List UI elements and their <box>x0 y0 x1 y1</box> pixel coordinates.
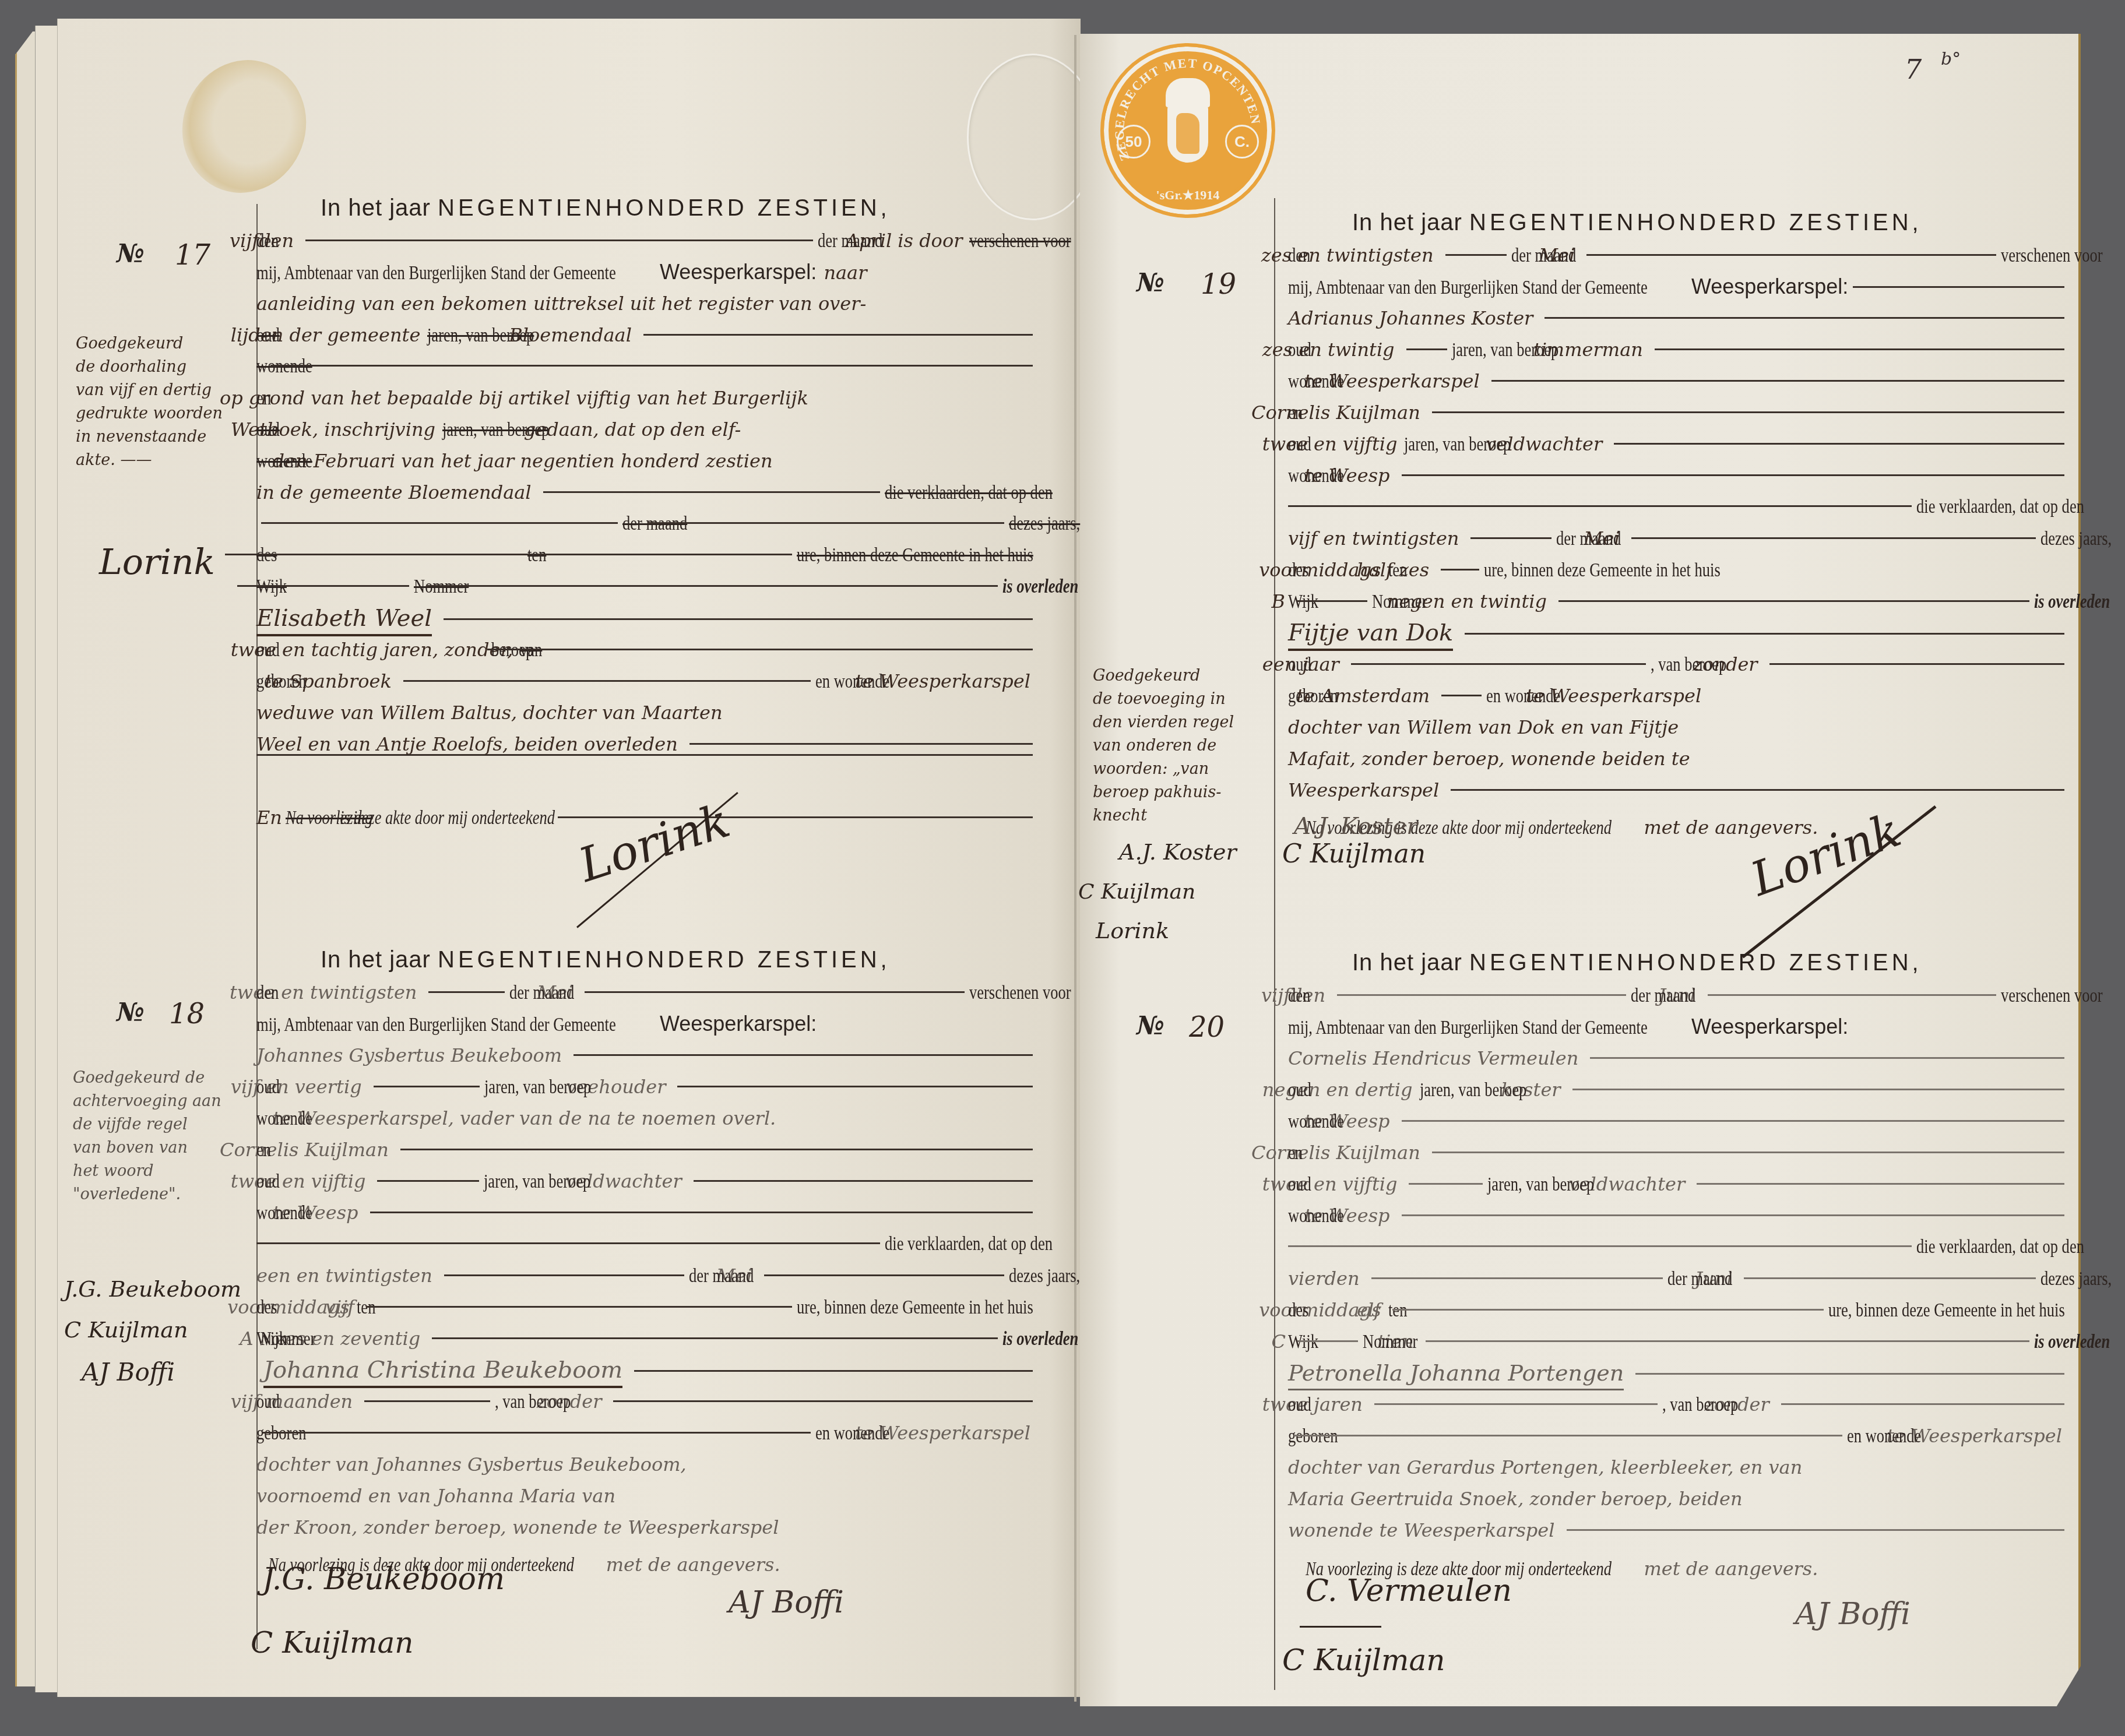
blank-line <box>256 1242 880 1244</box>
printed-form-text: geboren <box>256 1418 306 1449</box>
form-line: denvijfdender maandJuniverschenen voor <box>1288 980 2069 1011</box>
form-line: dochter van Johannes Gysbertus Beukeboom… <box>256 1449 1037 1480</box>
form-line: WijkBNommernegen en twintigis overleden <box>1288 586 2069 617</box>
handwritten-entry: Johannes Gysbertus Beukeboom <box>256 1040 562 1071</box>
printed-form-text: der maand <box>622 508 687 540</box>
handwritten-entry: gedaan, dat op den elf- <box>524 414 741 445</box>
folio-mark: 7 <box>1905 54 1922 85</box>
printed-form-text: oud <box>256 1072 280 1103</box>
printed-form-text: verschenen voor <box>969 977 1071 1009</box>
act-heading: In het jaar NEGENTIENHONDERD ZESTIEN, <box>256 944 1037 976</box>
blank-line <box>432 1337 998 1339</box>
form-line: desvoormiddagstenhalf zesure, binnen dez… <box>1288 554 2069 586</box>
blank-line <box>613 1400 1033 1402</box>
printed-form-text: wonende <box>1288 460 1344 492</box>
handwritten-entry: Cornelis Kuijlman <box>220 1134 389 1165</box>
form-line: wonende <box>256 351 1037 382</box>
printed-form-text: jaren, van beroep <box>1404 429 1511 460</box>
handwritten-entry: Cornelis Kuijlman <box>1251 397 1420 428</box>
form-line: dochter van Gerardus Portengen, kleerble… <box>1288 1452 2069 1483</box>
blank-line <box>643 334 1033 336</box>
handwritten-entry: twee jaren <box>1262 1389 1363 1420</box>
handwritten-entry: Cornelis Kuijlman <box>1251 1137 1420 1168</box>
act-number-label: № <box>1137 1011 1164 1041</box>
handwritten-entry: voornoemd en van Johanna Maria van <box>256 1480 615 1512</box>
printed-form-text: wonende <box>1288 366 1344 397</box>
margin-signature: C Kuijlman <box>1078 880 1195 904</box>
blank-line <box>1781 1403 2064 1405</box>
blank-line <box>764 1274 1004 1276</box>
stamp-value: 50 <box>1117 125 1151 159</box>
blank-line <box>1744 1277 2035 1279</box>
act-heading: In het jaar NEGENTIENHONDERD ZESTIEN, <box>1288 207 2069 238</box>
death-act-17: In het jaar NEGENTIENHONDERD ZESTIEN, de… <box>256 192 1037 833</box>
printed-form-text: beroep <box>491 635 533 666</box>
printed-form-text: jaren, van beroep <box>442 414 549 446</box>
blank-line <box>1853 286 2064 288</box>
form-line: oudWetboek, inschrijvingjaren, van beroe… <box>256 414 1037 445</box>
printed-form-text: , van beroep <box>495 1386 571 1418</box>
blank-line <box>1655 348 2064 350</box>
printed-form-text: ten <box>527 540 546 571</box>
blank-line <box>1337 994 1626 996</box>
blank-line <box>225 554 523 555</box>
handwritten-entry: met de aangevers. <box>606 1549 780 1580</box>
margin-signature: J.G. Beukeboom <box>64 1276 241 1302</box>
blank-line <box>694 1180 1033 1182</box>
death-act-20: In het jaar NEGENTIENHONDERD ZESTIEN, de… <box>1288 947 2069 1584</box>
act-heading: In het jaar NEGENTIENHONDERD ZESTIEN, <box>256 192 1037 224</box>
blank-line <box>1351 663 1646 665</box>
blank-line <box>377 1180 479 1182</box>
form-line: die verklaarden, dat op den <box>1288 491 2069 523</box>
handwritten-entry: Maria Geertruida Snoek, zonder beroep, b… <box>1288 1483 1743 1515</box>
printed-form-text: NEGENTIENHONDERD ZESTIEN, <box>438 195 891 221</box>
handwritten-entry: dochter van Johannes Gysbertus Beukeboom… <box>256 1449 687 1480</box>
blank-line <box>1558 600 2029 602</box>
declarant-signature: C. Vermeulen <box>1306 1573 1512 1608</box>
blank-line <box>1426 1340 2029 1342</box>
printed-form-text: ure, binnen deze Gemeente in het huis <box>797 1292 1033 1323</box>
form-line: oudzes en twintigjaren, van beroeptimmer… <box>1288 334 2069 365</box>
printed-form-text: Weesperkarspel: <box>1691 271 1848 302</box>
handwritten-entry: En <box>256 802 282 833</box>
form-line: oudtwee jaren, van beroepzonder <box>1288 1389 2069 1420</box>
blank-line <box>270 365 1033 367</box>
printed-form-text: verschenen voor <box>2001 980 2103 1012</box>
blank-line <box>370 1212 1033 1213</box>
act-number-label: № <box>117 239 145 269</box>
folio-mark-small: b° <box>1941 49 1961 69</box>
printed-form-text: jaren, van beroep <box>1452 334 1558 366</box>
act-number-label: № <box>117 998 145 1027</box>
blank-line <box>1371 1277 1663 1279</box>
printed-form-text: oud <box>1288 334 1311 366</box>
blank-line <box>1402 474 2064 476</box>
printed-form-text: des <box>256 1292 277 1323</box>
printed-form-text: die verklaarden, dat op den <box>1916 1231 2084 1263</box>
form-line: in de gemeente Bloemendaaldie verklaarde… <box>256 477 1037 508</box>
act-number: 18 <box>169 998 205 1030</box>
printed-form-text: ure, binnen deze Gemeente in het huis <box>1484 555 1721 586</box>
blank-line <box>648 522 1004 524</box>
printed-form-text: is overleden <box>1002 571 1078 603</box>
handwritten-entry: twee en vijftig <box>231 1165 366 1197</box>
printed-form-text: der maand <box>1667 1263 1732 1295</box>
printed-form-text: Nommer <box>1372 586 1427 618</box>
form-line: Cornelis Hendricus Vermeulen <box>1288 1043 2069 1074</box>
printed-form-text: ten <box>357 1292 375 1323</box>
blank-line <box>1409 1183 1482 1185</box>
printed-form-text: des <box>1288 1295 1308 1326</box>
blank-line <box>444 618 1033 620</box>
blank-line <box>366 1306 792 1308</box>
printed-form-text: en wonende <box>1486 681 1560 712</box>
blank-line <box>585 991 965 993</box>
handwritten-entry: vijf en twintigsten <box>1288 523 1459 554</box>
deceased-name: Johanna Christina Beukeboom <box>263 1354 622 1388</box>
blank-line <box>374 1086 480 1087</box>
form-line: vijf en twintigstender maandMeidezes jaa… <box>1288 523 2069 554</box>
printed-form-text: Weesperkarspel: <box>1691 1011 1848 1043</box>
blank-line <box>364 1400 490 1402</box>
form-line: wonende te Weesperkarspel <box>1288 1515 2069 1546</box>
printed-form-text: ure, binnen deze Gemeente in het huis <box>797 540 1033 571</box>
blank-line <box>1614 443 2064 445</box>
form-line: wonendete Weesp <box>1288 460 2069 491</box>
printed-form-text: en wonende <box>1847 1421 1921 1452</box>
blank-line <box>1297 600 1367 602</box>
printed-form-text: ten <box>1388 1295 1407 1326</box>
printed-form-text: NEGENTIENHONDERD ZESTIEN, <box>1469 950 1922 976</box>
printed-form-text: oud <box>256 1386 280 1418</box>
water-stain <box>164 43 325 210</box>
handwritten-entry: twee en vijftig <box>1262 1168 1398 1200</box>
handwritten-entry: der Kroon, zonder beroep, wonende te Wee… <box>256 1512 779 1543</box>
printed-form-text: den <box>1288 240 1310 272</box>
blank-line <box>1288 505 1912 507</box>
handwritten-entry: elf <box>1357 1294 1381 1326</box>
handwritten-entry: Weesperkarspel <box>1288 774 1439 806</box>
signature-underline <box>1300 1626 1381 1628</box>
form-line: oudvijf maanden, van beroepzonder <box>256 1386 1037 1417</box>
printed-form-text: der maand <box>509 977 574 1009</box>
printed-form-text: des <box>1288 555 1308 586</box>
blank-line <box>1586 254 1996 256</box>
printed-form-text: Wijk <box>256 571 287 603</box>
blank-line <box>543 491 881 493</box>
handwritten-entry: een en twintigsten <box>256 1260 432 1291</box>
form-line: destenure, binnen deze Gemeente in het h… <box>256 540 1037 571</box>
form-line: oudnegen en dertigjaren, van beroepkoste… <box>1288 1074 2069 1105</box>
form-line: WijkCNommertienis overleden <box>1288 1326 2069 1357</box>
handwritten-entry: wonende te Weesperkarspel <box>1288 1515 1555 1546</box>
printed-form-text: der maand <box>1556 523 1621 555</box>
form-line: geborente Amsterdamen wonendete Weesperk… <box>1288 680 2069 712</box>
printed-form-text: mij, Ambtenaar van den Burgerlijken Stan… <box>256 258 616 289</box>
blank-line <box>634 1370 1033 1372</box>
blank-line <box>237 585 409 587</box>
blank-line <box>444 1274 684 1276</box>
blank-line <box>1406 348 1447 350</box>
printed-form-text: den <box>1288 980 1310 1012</box>
handwritten-entry: den Februari van het jaar negentien hond… <box>273 445 773 477</box>
form-line: wonendete Weesp <box>256 1197 1037 1228</box>
form-line: dentwee en twintigstender maandMeiversch… <box>256 977 1037 1008</box>
printed-form-text: is overleden <box>2034 586 2110 618</box>
handwritten-entry: in de gemeente Bloemendaal <box>256 477 532 508</box>
act-number: 17 <box>175 239 210 272</box>
printed-form-text: der maand <box>1511 240 1576 272</box>
printed-form-text: dezes jaars, <box>1009 508 1080 540</box>
form-line: oudtwee en vijftigjaren, van beroepveldw… <box>1288 428 2069 460</box>
printed-form-text: oud <box>256 1166 280 1198</box>
blank-line <box>1402 1214 2064 1216</box>
printed-form-text: den <box>256 226 279 257</box>
handwritten-entry: vijf <box>325 1291 354 1323</box>
printed-form-text: geboren <box>1288 1421 1338 1452</box>
printed-form-text: ure, binnen deze Gemeente in het huis <box>1828 1295 2065 1326</box>
handwritten-entry: weduwe van Willem Baltus, dochter van Ma… <box>256 697 723 728</box>
form-line: denvijfdender maandApril is doorverschen… <box>256 225 1037 256</box>
form-line: enCornelis Kuijlman <box>1288 397 2069 428</box>
form-line: denzes en twintigstender maandMeiversche… <box>1288 240 2069 271</box>
form-line: WijkANommerzes en zeventigis overleden <box>256 1323 1037 1354</box>
handwritten-entry: vijf maanden <box>231 1386 353 1417</box>
printed-form-text: en <box>1288 397 1303 429</box>
handwritten-entry: met de aangevers. <box>1644 1553 1818 1584</box>
form-line: wonendeden Februari van het jaar negenti… <box>256 445 1037 477</box>
printed-form-text: jaren, van beroep <box>1420 1075 1526 1106</box>
form-line: oudtwee en vijftigjaren, van beroepveldw… <box>256 1165 1037 1197</box>
form-line: oudtwee en tachtig jaren, zonder,van ber… <box>256 634 1037 665</box>
form-line: mij, Ambtenaar van den Burgerlijken Stan… <box>1288 271 2069 302</box>
handwritten-entry: Cornelis Hendricus Vermeulen <box>1288 1043 1578 1074</box>
printed-form-text: , van beroep <box>1651 649 1726 681</box>
blank-line <box>1567 1529 2064 1531</box>
handwritten-entry: naar <box>824 257 867 288</box>
handwritten-entry: Adrianus Johannes Koster <box>1288 302 1533 334</box>
book-gutter <box>1074 35 1076 1702</box>
form-line: die verklaarden, dat op den <box>256 1228 1037 1260</box>
printed-form-text: mij, Ambtenaar van den Burgerlijken Stan… <box>1288 272 1648 304</box>
printed-form-text: en wonende <box>815 1418 889 1449</box>
form-line: desvoormiddagstenelfure, binnen deze Gem… <box>1288 1294 2069 1326</box>
act-number: 19 <box>1201 268 1236 301</box>
form-line: vierdender maandJunidezes jaars, <box>1288 1263 2069 1294</box>
printed-form-text: is overleden <box>2034 1326 2110 1358</box>
handwritten-entry: A <box>240 1323 253 1354</box>
printed-form-text: oud <box>1288 429 1311 460</box>
form-line: der maanddezes jaars, <box>256 508 1037 540</box>
printed-form-text: In het jaar <box>321 947 431 973</box>
registrar-signature: AJ Boffi <box>1795 1597 1911 1632</box>
declarant-signature: J.G. Beukeboom <box>262 1562 505 1597</box>
printed-form-text: der maand <box>1631 980 1695 1012</box>
blank-line <box>677 1086 1033 1087</box>
blank-line <box>1432 1152 2064 1153</box>
printed-form-text: jaren, van beroep <box>427 320 534 351</box>
printed-form-text: jaren, van beroep <box>1487 1169 1594 1200</box>
form-line: geborente Spanbroeken wonendete Weesperk… <box>256 665 1037 697</box>
form-line: enCornelis Kuijlman <box>256 1134 1037 1165</box>
printed-form-text: NEGENTIENHONDERD ZESTIEN, <box>1469 210 1922 235</box>
printed-form-text: verschenen voor <box>969 226 1071 257</box>
blank-line <box>574 1054 1033 1056</box>
form-line: weduwe van Willem Baltus, dochter van Ma… <box>256 697 1037 728</box>
printed-form-text: oud <box>1288 649 1311 681</box>
margin-signature: Lorink <box>99 542 215 583</box>
form-line: Petronella Johanna Portengen <box>1288 1357 2069 1389</box>
blank-line <box>1374 1403 1658 1405</box>
blank-line <box>1631 537 2035 539</box>
printed-form-text: oud <box>256 635 280 666</box>
printed-form-text: geboren <box>256 666 306 698</box>
blank-line <box>262 1432 810 1434</box>
act-heading: In het jaar NEGENTIENHONDERD ZESTIEN, <box>1288 947 2069 978</box>
form-line: Johannes Gysbertus Beukeboom <box>256 1040 1037 1071</box>
blank-line <box>261 522 618 524</box>
printed-form-text: des <box>256 540 277 571</box>
death-act-19: In het jaar NEGENTIENHONDERD ZESTIEN, de… <box>1288 207 2069 843</box>
deceased-name: Petronella Johanna Portengen <box>1288 1357 1624 1390</box>
handwritten-entry: Mafait, zonder beroep, wonende beiden te <box>1288 743 1690 774</box>
registrar-signature: AJ Boffi <box>729 1585 844 1620</box>
declarant-signature: A.J. Koster <box>1294 813 1417 840</box>
printed-form-text: In het jaar <box>1352 210 1462 235</box>
form-line: oudtwee en vijftigjaren, van beroepveldw… <box>1288 1168 2069 1200</box>
margin-signature: A.J. Koster <box>1119 839 1237 865</box>
printed-form-text: der maand <box>689 1260 754 1292</box>
printed-form-text: wonende <box>1288 1200 1344 1232</box>
printed-form-text: der maand <box>818 226 882 257</box>
printed-form-text: dezes jaars, <box>1009 1260 1080 1292</box>
printed-form-text: oud <box>1288 1169 1311 1200</box>
form-line: Mafait, zonder beroep, wonende beiden te <box>1288 743 2069 774</box>
blank-line <box>1769 663 2064 665</box>
form-line: Maria Geertruida Snoek, zonder beroep, b… <box>1288 1483 2069 1515</box>
blank-line <box>558 816 1033 818</box>
form-line: dochter van Willem van Dok en van Fijtje <box>1288 712 2069 743</box>
printed-form-text: Weesperkarspel: <box>660 1008 817 1040</box>
form-line: wonendete Weesp <box>1288 1105 2069 1137</box>
blank-line <box>1432 411 2064 413</box>
printed-form-text: en <box>256 383 271 414</box>
deceased-name: Fijtje van Dok <box>1288 617 1453 651</box>
form-line: mij, Ambtenaar van den Burgerlijken Stan… <box>256 1008 1037 1040</box>
printed-form-text: en <box>256 1135 271 1166</box>
handwritten-entry: dochter van Willem van Dok en van Fijtje <box>1288 712 1679 743</box>
form-line: Fijtje van Dok <box>1288 617 2069 649</box>
printed-form-text: NEGENTIENHONDERD ZESTIEN, <box>438 947 891 973</box>
form-line: geborenen wonendete Weesperkarspel <box>256 1417 1037 1449</box>
printed-form-text: jaren, van beroep <box>484 1072 591 1103</box>
form-line: voornoemd en van Johanna Maria van <box>256 1480 1037 1512</box>
form-line: Adrianus Johannes Koster <box>1288 302 2069 334</box>
blank-line <box>1491 380 2064 382</box>
form-line: oudeen jaar, van beroepzonder <box>1288 649 2069 680</box>
form-line: enop grond van het bepaalde bij artikel … <box>256 382 1037 414</box>
blank-line <box>1470 537 1551 539</box>
handwritten-entry: te Weesperkarspel, vader van de na te no… <box>273 1103 776 1134</box>
blank-line <box>305 240 813 241</box>
form-line: een en twintigstender maandMeidezes jaar… <box>256 1260 1037 1291</box>
margin-annotation: Goedgekeurd de toevoeging in den vierden… <box>1093 664 1273 827</box>
blank-line <box>428 991 504 993</box>
blank-line <box>1392 1309 1824 1311</box>
form-line: mij, Ambtenaar van den Burgerlijken Stan… <box>256 256 1037 288</box>
blank-line <box>494 554 792 555</box>
blank-line <box>1402 1120 2064 1122</box>
margin-signature: AJ Boffi <box>82 1358 175 1386</box>
form-line: wonendete Weesperkarspel, vader van de n… <box>256 1103 1037 1134</box>
svg-text:'sGr.★1914: 'sGr.★1914 <box>1156 188 1220 202</box>
blank-line <box>403 680 811 682</box>
printed-form-text: verschenen voor <box>2001 240 2103 272</box>
printed-form-text: die verklaarden, dat op den <box>885 477 1053 509</box>
handwritten-entry: zes en twintigsten <box>1261 240 1434 271</box>
printed-form-text: oud <box>256 320 280 351</box>
printed-form-text: en wonende <box>815 666 889 698</box>
margin-signature: Lorink <box>1096 918 1169 943</box>
handwritten-entry: dochter van Gerardus Portengen, kleerble… <box>1288 1452 1802 1483</box>
form-line: die verklaarden, dat op den <box>1288 1231 2069 1263</box>
blank-line <box>689 743 1033 745</box>
blank-line <box>1635 1373 2064 1375</box>
act-number: 20 <box>1189 1011 1225 1044</box>
blank-line <box>1545 317 2064 319</box>
declarant-signature: C Kuijlman <box>1282 1643 1445 1677</box>
printed-form-text: is overleden <box>1002 1323 1078 1355</box>
printed-form-text: wonende <box>256 1198 312 1229</box>
printed-form-text: oud <box>1288 1075 1311 1106</box>
printed-form-text: Nommer <box>261 1323 315 1355</box>
revenue-stamp: ZEGELRECHT MET OPCENTEN 'sGr.★1914 50 C. <box>1100 43 1275 218</box>
blank-line <box>1572 1089 2064 1090</box>
form-line: desvoormiddagstenvijfure, binnen deze Ge… <box>256 1291 1037 1323</box>
printed-form-text: mij, Ambtenaar van den Burgerlijken Stan… <box>1288 1012 1648 1044</box>
death-act-18: In het jaar NEGENTIENHONDERD ZESTIEN, de… <box>256 944 1037 1580</box>
handwritten-entry: C <box>1271 1326 1285 1357</box>
blank-line <box>1441 569 1479 571</box>
act-number-label: № <box>1137 268 1164 298</box>
form-line: mij, Ambtenaar van den Burgerlijken Stan… <box>1288 1011 2069 1043</box>
printed-form-text: Wijk <box>1288 586 1318 618</box>
blank-line <box>1465 633 2064 635</box>
printed-form-text: dezes jaars, <box>2040 1263 2112 1295</box>
blank-line <box>1445 254 1507 256</box>
blank-line <box>1708 994 1997 996</box>
deceased-name: Elisabeth Weel <box>256 603 432 636</box>
printed-form-text: oud <box>1288 1389 1311 1421</box>
stamp-currency: C. <box>1225 125 1259 159</box>
blank-line <box>256 754 1033 756</box>
form-line: Weesperkarspel <box>1288 774 2069 806</box>
declarant-signature: C Kuijlman <box>251 1626 414 1660</box>
printed-form-text: ten <box>1388 555 1407 586</box>
printed-form-text: oud <box>256 414 280 446</box>
printed-form-text: die verklaarden, dat op den <box>1916 491 2084 523</box>
printed-form-text: , van beroep <box>1662 1389 1738 1421</box>
form-line: WijkNommeris overleden <box>256 571 1037 603</box>
printed-form-text: Nommer <box>414 571 469 603</box>
blank-line <box>1441 695 1482 696</box>
form-line: enCornelis Kuijlman <box>1288 1137 2069 1168</box>
margin-signature: C Kuijlman <box>64 1317 188 1343</box>
printed-form-text: mij, Ambtenaar van den Burgerlijken Stan… <box>256 1009 616 1041</box>
printed-form-text: jaren, van beroep <box>484 1166 590 1198</box>
handwritten-entry: vijf en veertig <box>231 1071 362 1103</box>
